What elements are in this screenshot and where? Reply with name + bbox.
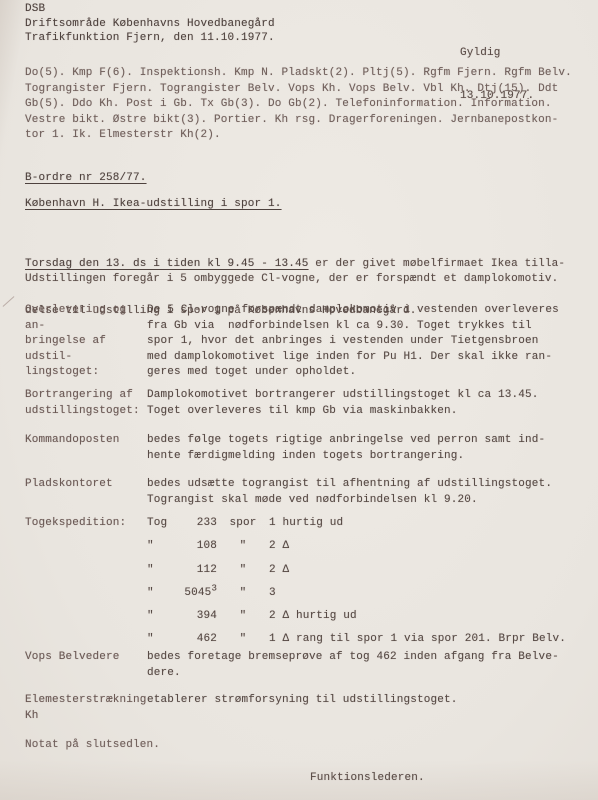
section-label: Pladskontoret (25, 477, 147, 508)
footer-note: Notat på slutsedlen. (25, 738, 160, 754)
distribution-list: Do(5). Kmp F(6). Inspektionsh. Kmp N. Pl… (25, 66, 580, 144)
section-text: etablerer strømforsyning til udstillings… (147, 693, 580, 724)
order-number-heading: B-ordre nr 258/77. (25, 172, 147, 184)
train-row: "394"2 Δ hurtig ud (147, 609, 580, 632)
section-overlevering: Overlevering og an- bringelse af udstil-… (25, 303, 580, 381)
section-label: Overlevering og an- bringelse af udstil-… (25, 303, 147, 381)
train-row: "108"2 Δ (147, 539, 580, 562)
section-elemesterstraekning: Elemesterstrækning Kh etablerer strømfor… (25, 693, 580, 724)
intro-line-1: Torsdag den 13. ds i tiden kl 9.45 - 13.… (25, 257, 585, 273)
signature: Funktionslederen. (310, 771, 425, 787)
train-row: "50453"3 (147, 586, 580, 609)
section-pladskontoret: Pladskontoret bedes udsætte tograngist t… (25, 477, 580, 508)
section-label: Kommandoposten (25, 433, 147, 464)
section-text: bedes udsætte tograngist til afhentning … (147, 477, 580, 508)
train-row: Tog233spor1 hurtig ud (147, 516, 580, 539)
intro-underlined-part: Torsdag den 13. ds i tiden kl 9.45 - 13.… (25, 258, 309, 270)
scanned-document-page: DSB Driftsområde Københavns Hovedbanegår… (0, 0, 598, 800)
section-text: bedes foretage bremseprøve af tog 462 in… (147, 650, 580, 681)
section-label: Vops Belvedere (25, 650, 147, 681)
intro-paragraph-2: Udstillingen foregår i 5 ombyggede Cl-vo… (25, 272, 585, 288)
section-bortrangering: Bortrangering af udstillingstoget: Dampl… (25, 388, 580, 419)
train-table: Tog233spor1 hurtig ud "108"2 Δ "112"2 Δ … (147, 516, 580, 656)
section-label: Togekspedition: (25, 516, 147, 656)
section-text: Damplokomotivet bortrangerer udstillings… (147, 388, 580, 419)
section-vops-belvedere: Vops Belvedere bedes foretage bremseprøv… (25, 650, 580, 681)
section-text: bedes følge togets rigtige anbringelse v… (147, 433, 580, 464)
letterhead: DSB Driftsområde Københavns Hovedbanegår… (25, 2, 275, 46)
section-label: Bortrangering af udstillingstoget: (25, 388, 147, 419)
section-kommandoposten: Kommandoposten bedes følge togets rigtig… (25, 433, 580, 464)
valid-label: Gyldig (460, 46, 534, 61)
pencil-check-mark (3, 296, 15, 307)
section-text: De 5 Cl-vogne forspændt damplokomotiv i … (147, 303, 580, 381)
section-label: Elemesterstrækning Kh (25, 693, 147, 724)
order-title-heading: København H. Ikea-udstilling i spor 1. (25, 198, 282, 210)
section-togekspedition: Togekspedition: Tog233spor1 hurtig ud "1… (25, 516, 580, 656)
